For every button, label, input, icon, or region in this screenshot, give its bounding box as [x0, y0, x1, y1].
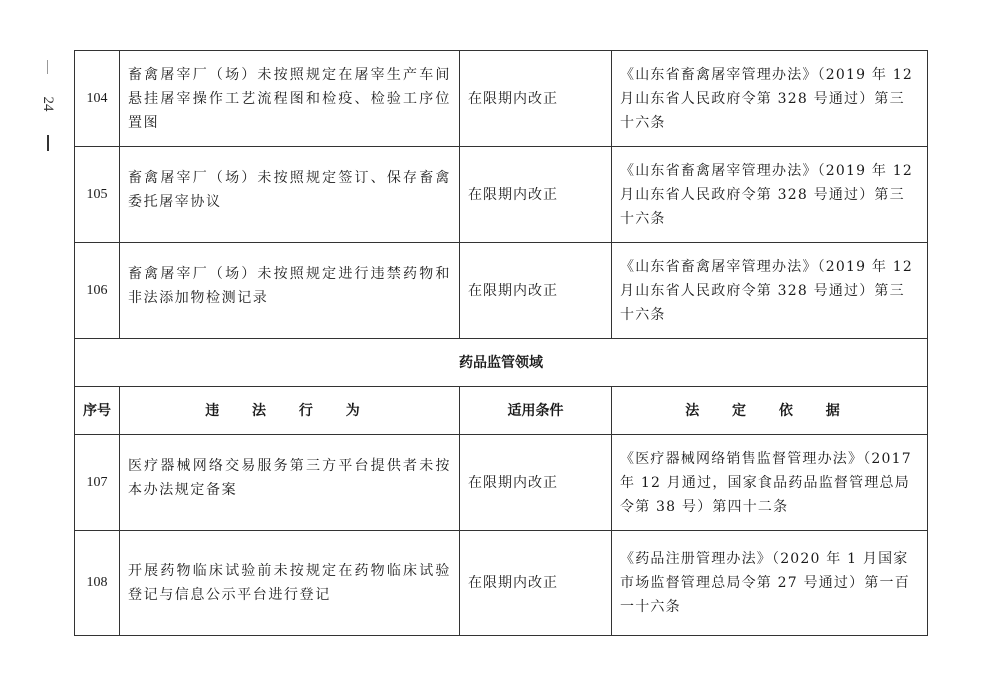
violation-behavior: 医疗器械网络交易服务第三方平台提供者未按本办法规定备案 [120, 435, 460, 531]
header-number: 序号 [75, 387, 120, 435]
applicable-condition: 在限期内改正 [460, 435, 612, 531]
row-number: 105 [75, 147, 120, 243]
legal-basis: 《药品注册管理办法》（2020 年 1 月国家市场监督管理总局令第 27 号通过… [612, 531, 928, 636]
page-number-margin: 24 [38, 60, 58, 155]
header-row: 序号 违 法 行 为 适用条件 法 定 依 据 [75, 387, 928, 435]
legal-basis: 《山东省畜禽屠宰管理办法》（2019 年 12 月山东省人民政府令第 328 号… [612, 147, 928, 243]
table-row: 106 畜禽屠宰厂（场）未按照规定进行违禁药物和非法添加物检测记录 在限期内改正… [75, 243, 928, 339]
legal-basis: 《山东省畜禽屠宰管理办法》（2019 年 12 月山东省人民政府令第 328 号… [612, 51, 928, 147]
header-legal-basis: 法 定 依 据 [612, 387, 928, 435]
page-number-dash-top [47, 60, 48, 74]
page-number-dash-bottom [47, 135, 49, 151]
applicable-condition: 在限期内改正 [460, 51, 612, 147]
table-row: 108 开展药物临床试验前未按规定在药物临床试验登记与信息公示平台进行登记 在限… [75, 531, 928, 636]
table-row: 107 医疗器械网络交易服务第三方平台提供者未按本办法规定备案 在限期内改正 《… [75, 435, 928, 531]
header-condition: 适用条件 [460, 387, 612, 435]
row-number: 108 [75, 531, 120, 636]
violation-table: 104 畜禽屠宰厂（场）未按照规定在屠宰生产车间悬挂屠宰操作工艺流程图和检疫、检… [74, 50, 928, 636]
row-number: 107 [75, 435, 120, 531]
section-row: 药品监管领域 [75, 339, 928, 387]
violation-behavior: 畜禽屠宰厂（场）未按照规定进行违禁药物和非法添加物检测记录 [120, 243, 460, 339]
header-behavior: 违 法 行 为 [120, 387, 460, 435]
applicable-condition: 在限期内改正 [460, 147, 612, 243]
applicable-condition: 在限期内改正 [460, 243, 612, 339]
row-number: 106 [75, 243, 120, 339]
applicable-condition: 在限期内改正 [460, 531, 612, 636]
violation-behavior: 畜禽屠宰厂（场）未按照规定在屠宰生产车间悬挂屠宰操作工艺流程图和检疫、检验工序位… [120, 51, 460, 147]
violation-behavior: 畜禽屠宰厂（场）未按照规定签订、保存畜禽委托屠宰协议 [120, 147, 460, 243]
page-number: 24 [36, 92, 60, 116]
table-row: 105 畜禽屠宰厂（场）未按照规定签订、保存畜禽委托屠宰协议 在限期内改正 《山… [75, 147, 928, 243]
section-title: 药品监管领域 [75, 339, 928, 387]
legal-basis: 《山东省畜禽屠宰管理办法》（2019 年 12 月山东省人民政府令第 328 号… [612, 243, 928, 339]
legal-basis: 《医疗器械网络销售监督管理办法》（2017 年 12 月通过，国家食品药品监督管… [612, 435, 928, 531]
row-number: 104 [75, 51, 120, 147]
violation-behavior: 开展药物临床试验前未按规定在药物临床试验登记与信息公示平台进行登记 [120, 531, 460, 636]
table-row: 104 畜禽屠宰厂（场）未按照规定在屠宰生产车间悬挂屠宰操作工艺流程图和检疫、检… [75, 51, 928, 147]
